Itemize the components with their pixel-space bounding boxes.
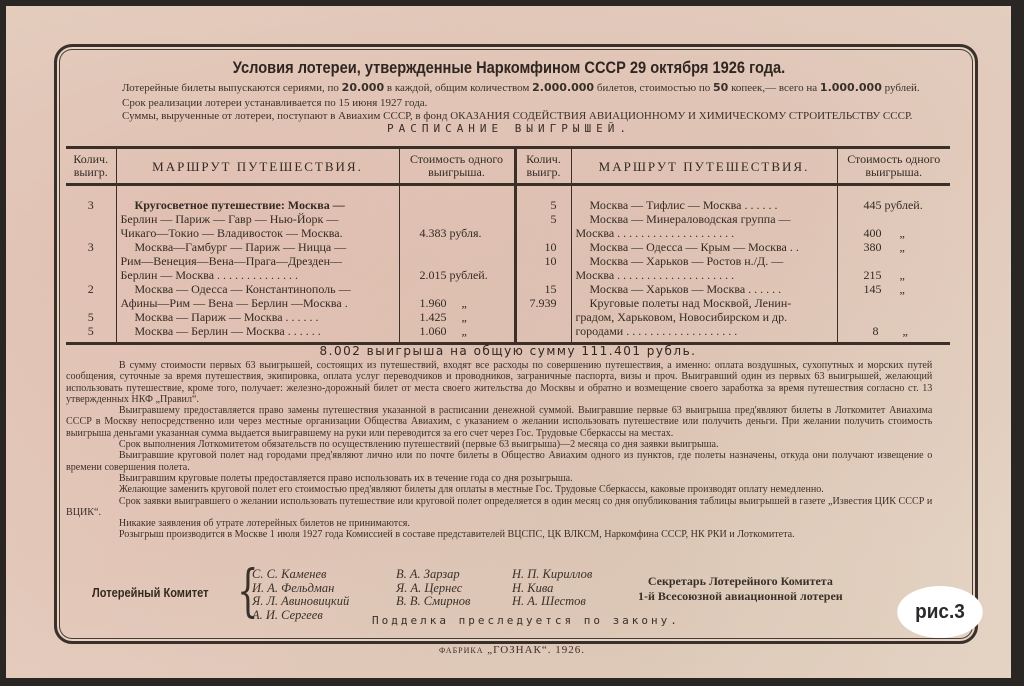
printer-imprint: ФАБРИКА „ГОЗНАК“. 1926. (0, 644, 1024, 656)
header-count-left: Колич. выигр. (66, 148, 116, 185)
rule-paragraph: Никакие заявления об утрате лотерейных б… (66, 518, 932, 529)
header-route-right: МАРШРУТ ПУТЕШЕСТВИЯ. (571, 148, 837, 185)
committee-label: Лотерейный Комитет (92, 585, 209, 600)
page-title: Условия лотереи, утвержденные Наркомфино… (130, 58, 889, 78)
committee-names-col3: Н. П. Кириллов Н. Кива Н. А. Шестов (512, 568, 592, 609)
header-route-left: МАРШРУТ ПУТЕШЕСТВИЯ. (116, 148, 399, 185)
committee-names-col2: В. А. Зарзар Я. А. Цернес В. В. Смирнов (396, 568, 470, 609)
header-cost-left: Стоимость одного выигрыша. (399, 148, 515, 185)
total-prizes: 8.002 выигрыша на общую сумму 111.401 ру… (66, 344, 950, 358)
prize-schedule-table: Колич. выигр. МАРШРУТ ПУТЕШЕСТВИЯ. Стоим… (66, 146, 950, 345)
left-routes: Кругосветное путешествие: Москва — Берли… (116, 185, 399, 344)
rules-section: В сумму стоимости первых 63 выигрышей, с… (66, 360, 950, 541)
table-body-row: 3 3 2 5 5 Кругосветное путешествие: Моск… (66, 185, 950, 344)
rule-paragraph: Выигравшим круговые полеты предоставляет… (66, 473, 932, 484)
right-costs: 445 рублей. 400 „ 380 „ 215 „ 145 „ 8 „ (837, 185, 950, 344)
table-header-row: Колич. выигр. МАРШРУТ ПУТЕШЕСТВИЯ. Стоим… (66, 148, 950, 185)
figure-label-badge: рис.3 (897, 586, 983, 638)
rule-paragraph: Срок выполнения Лоткомитетом обязательст… (66, 439, 932, 450)
terms-header: Условия лотереи, утвержденные Наркомфино… (68, 52, 950, 135)
lottery-committee: Лотерейный Комитет { С. С. Каменев И. А.… (70, 566, 950, 626)
paragraph-deadline: Срок реализации лотереи устанавливается … (68, 97, 950, 110)
paragraph-issue: Лотерейные билеты выпускаются сериями, п… (68, 81, 950, 95)
right-routes: Москва — Тифлис — Москва . . . . . . Мос… (571, 185, 837, 344)
header-count-right: Колич. выигр. (515, 148, 571, 185)
rule-paragraph: Выигравшему предоставляется право замены… (66, 405, 932, 439)
rule-paragraph: В сумму стоимости первых 63 выигрышей, с… (66, 360, 932, 405)
rule-paragraph: Розыгрыш производится в Москве 1 июля 19… (66, 529, 932, 540)
secretary-signature-block: Секретарь Лотерейного Комитета 1-й Всесо… (638, 574, 843, 604)
committee-names-col1: С. С. Каменев И. А. Фельдман Я. Л. Авино… (252, 568, 349, 622)
schedule-title: РАСПИСАНИЕ ВЫИГРЫШЕЙ. (68, 122, 950, 135)
rule-paragraph: Срок заявки выигравшего о желании исполь… (66, 496, 932, 519)
forgery-warning: Подделка преследуется по закону. (372, 614, 680, 627)
right-counts: 5 5 10 10 15 7.939 (515, 185, 571, 344)
rule-paragraph: Желающие заменить круговой полет его сто… (66, 484, 932, 495)
header-cost-right: Стоимость одного выигрыша. (837, 148, 950, 185)
rule-paragraph: Выигравшие круговой полет над городами п… (66, 450, 932, 473)
left-counts: 3 3 2 5 5 (66, 185, 116, 344)
left-costs: 4.383 рубля. 2.015 рублей. 1.960 „ 1.425… (399, 185, 515, 344)
